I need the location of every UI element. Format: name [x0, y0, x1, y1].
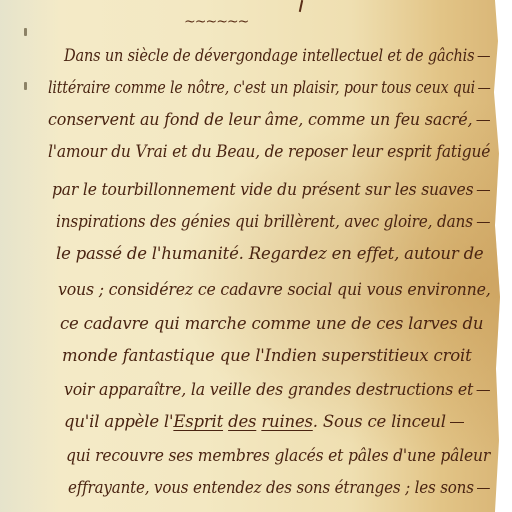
line-text: qu'il appèle l': [64, 412, 173, 431]
line-text: ce cadavre qui marche comme une de ces l…: [60, 314, 483, 333]
text-line: qui recouvre ses membres glacés et pâles…: [66, 446, 490, 465]
line-dash: [477, 390, 490, 391]
text-line: effrayante, vous entendez des sons étran…: [68, 478, 490, 497]
text-line: par le tourbillonnement vide du présent …: [52, 180, 490, 199]
line-text: l'amour du Vrai et du Beau, de reposer l…: [48, 142, 490, 161]
text-line: conservent au fond de leur âme, comme un…: [48, 110, 490, 129]
line-text: monde fantastique que l'Indien superstit…: [62, 346, 472, 365]
line-dash: [476, 120, 490, 121]
line-dash: [450, 422, 464, 423]
line-text: le passé de l'humanité. Regardez en effe…: [56, 244, 484, 263]
text-line: l'amour du Vrai et du Beau, de reposer l…: [48, 142, 490, 161]
line-text: littéraire comme le nôtre, c'est un plai…: [48, 78, 475, 97]
line-dash: [477, 488, 490, 489]
line-text: voir apparaître, la veille des grandes d…: [64, 380, 473, 399]
line-text: qui recouvre ses membres glacés et pâles…: [66, 446, 490, 465]
line-dash: [477, 222, 490, 223]
text-line: vous ; considérez ce cadavre social qui …: [58, 280, 491, 299]
text-line: qu'il appèle l'Esprit des ruines. Sous c…: [64, 412, 464, 431]
text-line: le passé de l'humanité. Regardez en effe…: [56, 244, 484, 263]
text-line: voir apparaître, la veille des grandes d…: [64, 380, 490, 399]
underlined-word: Esprit: [173, 412, 223, 431]
line-text: effrayante, vous entendez des sons étran…: [68, 478, 474, 497]
line-text: inspirations des génies qui brillèrent, …: [56, 212, 473, 231]
manuscript-text: Dans un siècle de dévergondage intellect…: [0, 0, 512, 512]
line-text: Dans un siècle de dévergondage intellect…: [64, 46, 474, 65]
text-line: monde fantastique que l'Indien superstit…: [62, 346, 472, 365]
line-text: . Sous ce linceul: [313, 412, 446, 431]
line-text: par le tourbillonnement vide du présent …: [52, 180, 473, 199]
underlined-word: des: [228, 412, 256, 431]
line-text: conservent au fond de leur âme, comme un…: [48, 110, 472, 129]
line-text: vous ; considérez ce cadavre social qui …: [58, 280, 491, 299]
line-dash: [478, 56, 490, 57]
text-line: ce cadavre qui marche comme une de ces l…: [60, 314, 483, 333]
text-line: Dans un siècle de dévergondage intellect…: [64, 46, 490, 65]
underlined-word: ruines: [261, 412, 312, 431]
text-line: littéraire comme le nôtre, c'est un plai…: [48, 78, 491, 97]
line-dash: [479, 88, 491, 89]
line-dash: [477, 190, 490, 191]
text-line: inspirations des génies qui brillèrent, …: [56, 212, 490, 231]
